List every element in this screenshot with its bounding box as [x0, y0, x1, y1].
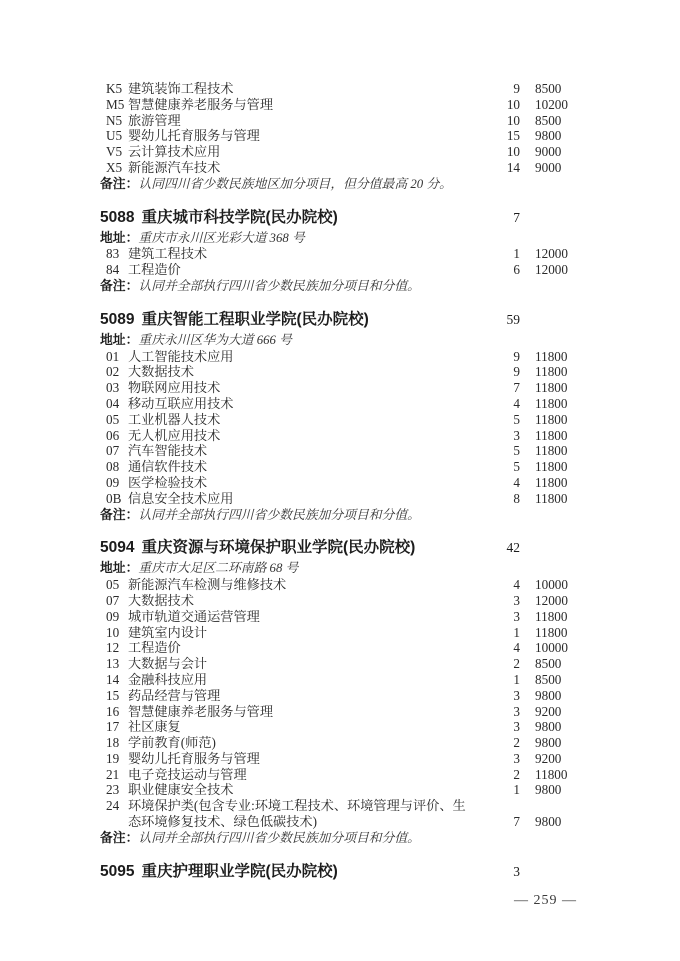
college-code: 5088 — [100, 209, 134, 226]
program-code: 16 — [106, 704, 128, 720]
sections-container: K5建筑装饰工程技术98500M5智慧健康养老服务与管理1010200N5旅游管… — [100, 81, 576, 882]
program-count: 10 — [480, 97, 520, 113]
program-row: K5建筑装饰工程技术98500 — [100, 81, 576, 97]
program-fee: 9800 — [535, 688, 576, 704]
address-text: 重庆市永川区光彩大道 368 号 — [138, 231, 304, 245]
program-row: 04移动互联应用技术411800 — [100, 396, 576, 412]
program-row: 15药品经营与管理39800 — [100, 688, 576, 704]
college-header: 5094重庆资源与环境保护职业学院(民办院校)42 — [100, 538, 576, 558]
program-row: N5旅游管理108500 — [100, 113, 576, 129]
program-row: 03物联网应用技术711800 — [100, 380, 576, 396]
program-row: 18学前教育(师范)29800 — [100, 735, 576, 751]
college-title: 5088重庆城市科技学院(民办院校) — [100, 208, 480, 228]
program-count: 3 — [480, 593, 520, 609]
program-fee: 12000 — [535, 262, 576, 278]
college-header: 5095重庆护理职业学院(民办院校)3 — [100, 862, 576, 882]
program-fee: 12000 — [535, 593, 576, 609]
program-name: 汽车智能技术 — [128, 443, 480, 459]
college-header: 5089重庆智能工程职业学院(民办院校)59 — [100, 310, 576, 330]
program-row: X5新能源汽车技术149000 — [100, 160, 576, 176]
program-name: 环境保护类(包含专业:环境工程技术、环境管理与评价、生态环境修复技术、绿色低碳技… — [128, 798, 480, 830]
program-name: 通信软件技术 — [128, 459, 480, 475]
college-section-5095: 5095重庆护理职业学院(民办院校)3 — [100, 862, 576, 882]
program-code: 19 — [106, 751, 128, 767]
program-name: 旅游管理 — [128, 113, 480, 129]
program-code: 12 — [106, 640, 128, 656]
college-title: 5095重庆护理职业学院(民办院校) — [100, 862, 480, 882]
program-fee: 11800 — [535, 609, 576, 625]
program-name: 学前教育(师范) — [128, 735, 480, 751]
program-row: 06无人机应用技术311800 — [100, 428, 576, 444]
program-name: 智慧健康养老服务与管理 — [128, 704, 480, 720]
program-count: 14 — [480, 160, 520, 176]
program-fee: 11800 — [535, 380, 576, 396]
program-count: 5 — [480, 443, 520, 459]
college-section-5088: 5088重庆城市科技学院(民办院校)7地址：重庆市永川区光彩大道 368 号83… — [100, 208, 576, 295]
program-row: 13大数据与会计28500 — [100, 656, 576, 672]
program-code: 07 — [106, 593, 128, 609]
program-count: 1 — [480, 246, 520, 262]
program-name: 婴幼儿托育服务与管理 — [128, 128, 480, 144]
program-row: 84工程造价612000 — [100, 262, 576, 278]
program-code: 84 — [106, 262, 128, 278]
program-code: 09 — [106, 609, 128, 625]
program-name: 物联网应用技术 — [128, 380, 480, 396]
address-line: 地址：重庆市大足区二环南路 68 号 — [100, 560, 576, 577]
program-fee: 8500 — [535, 113, 576, 129]
program-code: 06 — [106, 428, 128, 444]
program-fee: 9200 — [535, 704, 576, 720]
college-name: 重庆资源与环境保护职业学院(民办院校) — [141, 539, 415, 556]
program-code: 03 — [106, 380, 128, 396]
college-title: 5089重庆智能工程职业学院(民办院校) — [100, 310, 480, 330]
program-count: 5 — [480, 412, 520, 428]
program-code: 21 — [106, 767, 128, 783]
program-code: 17 — [106, 719, 128, 735]
program-name: 新能源汽车检测与维修技术 — [128, 577, 480, 593]
program-code: 02 — [106, 364, 128, 380]
page-number: — 259 — — [514, 893, 577, 909]
program-code: 23 — [106, 782, 128, 798]
program-row: 02大数据技术911800 — [100, 364, 576, 380]
program-fee: 11800 — [535, 443, 576, 459]
program-name: 信息安全技术应用 — [128, 491, 480, 507]
program-fee: 11800 — [535, 625, 576, 641]
program-name: 建筑室内设计 — [128, 625, 480, 641]
program-name: 城市轨道交通运营管理 — [128, 609, 480, 625]
program-row: 17社区康复39800 — [100, 719, 576, 735]
program-row: 19婴幼儿托育服务与管理39200 — [100, 751, 576, 767]
college-section-continued: K5建筑装饰工程技术98500M5智慧健康养老服务与管理1010200N5旅游管… — [100, 81, 576, 193]
program-fee: 10000 — [535, 577, 576, 593]
program-code: 83 — [106, 246, 128, 262]
remark-line: 备注：认同并全部执行四川省少数民族加分项目和分值。 — [100, 278, 576, 295]
program-row: 12工程造价410000 — [100, 640, 576, 656]
program-fee: 9200 — [535, 751, 576, 767]
program-fee: 9800 — [535, 128, 576, 144]
program-count: 4 — [480, 577, 520, 593]
program-row: 21电子竞技运动与管理211800 — [100, 767, 576, 783]
program-name: 工程造价 — [128, 640, 480, 656]
program-name: 药品经营与管理 — [128, 688, 480, 704]
program-code: 07 — [106, 443, 128, 459]
address-label: 地址： — [100, 332, 138, 347]
college-total-count: 7 — [480, 208, 520, 228]
program-code: V5 — [106, 144, 128, 160]
remark-text: 认同并全部执行四川省少数民族加分项目和分值。 — [138, 279, 420, 293]
program-fee: 11800 — [535, 459, 576, 475]
program-count: 3 — [480, 751, 520, 767]
college-code: 5094 — [100, 539, 134, 556]
program-count: 2 — [480, 656, 520, 672]
program-row: 09医学检验技术411800 — [100, 475, 576, 491]
program-name: 人工智能技术应用 — [128, 349, 480, 365]
program-fee: 10000 — [535, 640, 576, 656]
program-fee: 8500 — [535, 656, 576, 672]
program-fee: 8500 — [535, 672, 576, 688]
college-name: 重庆智能工程职业学院(民办院校) — [141, 311, 368, 328]
remark-label: 备注： — [100, 830, 138, 845]
program-count: 10 — [480, 113, 520, 129]
remark-label: 备注： — [100, 278, 138, 293]
program-fee: 9800 — [535, 719, 576, 735]
program-name: 大数据与会计 — [128, 656, 480, 672]
program-row: 83建筑工程技术112000 — [100, 246, 576, 262]
program-row: U5婴幼儿托育服务与管理159800 — [100, 128, 576, 144]
program-row: 14金融科技应用18500 — [100, 672, 576, 688]
program-code: U5 — [106, 128, 128, 144]
program-code: 09 — [106, 475, 128, 491]
program-count: 3 — [480, 704, 520, 720]
program-name: 医学检验技术 — [128, 475, 480, 491]
program-name: 职业健康安全技术 — [128, 782, 480, 798]
program-count: 1 — [480, 672, 520, 688]
program-row: 09城市轨道交通运营管理311800 — [100, 609, 576, 625]
program-name: 云计算技术应用 — [128, 144, 480, 160]
college-code: 5089 — [100, 311, 134, 328]
program-row: M5智慧健康养老服务与管理1010200 — [100, 97, 576, 113]
college-code: 5095 — [100, 863, 134, 880]
program-code: 14 — [106, 672, 128, 688]
document-page: K5建筑装饰工程技术98500M5智慧健康养老服务与管理1010200N5旅游管… — [0, 0, 680, 961]
program-fee: 10200 — [535, 97, 576, 113]
program-fee: 11800 — [535, 396, 576, 412]
program-row: 01人工智能技术应用911800 — [100, 349, 576, 365]
program-count: 9 — [480, 349, 520, 365]
program-fee: 9800 — [535, 735, 576, 751]
college-total-count: 42 — [480, 538, 520, 558]
program-code: N5 — [106, 113, 128, 129]
program-row: 0B信息安全技术应用811800 — [100, 491, 576, 507]
program-name: 工程造价 — [128, 262, 480, 278]
program-row: 07汽车智能技术511800 — [100, 443, 576, 459]
program-fee: 12000 — [535, 246, 576, 262]
college-total-count: 59 — [480, 310, 520, 330]
remark-text: 认同四川省少数民族地区加分项目，但分值最高 20 分。 — [138, 177, 452, 191]
program-name: 婴幼儿托育服务与管理 — [128, 751, 480, 767]
program-fee: 9800 — [535, 814, 576, 830]
program-fee: 8500 — [535, 81, 576, 97]
program-code: 05 — [106, 412, 128, 428]
remark-line: 备注：认同四川省少数民族地区加分项目，但分值最高 20 分。 — [100, 176, 576, 193]
program-count: 3 — [480, 719, 520, 735]
program-fee: 9800 — [535, 782, 576, 798]
program-name: 移动互联应用技术 — [128, 396, 480, 412]
program-row: 05新能源汽车检测与维修技术410000 — [100, 577, 576, 593]
program-count: 5 — [480, 459, 520, 475]
program-code: K5 — [106, 81, 128, 97]
program-count: 2 — [480, 767, 520, 783]
program-name: 智慧健康养老服务与管理 — [128, 97, 480, 113]
college-header: 5088重庆城市科技学院(民办院校)7 — [100, 208, 576, 228]
program-count: 3 — [480, 688, 520, 704]
program-row: V5云计算技术应用109000 — [100, 144, 576, 160]
program-count: 3 — [480, 609, 520, 625]
program-fee: 11800 — [535, 475, 576, 491]
program-row: 16智慧健康养老服务与管理39200 — [100, 704, 576, 720]
program-count: 2 — [480, 735, 520, 751]
address-label: 地址： — [100, 560, 138, 575]
program-row: 05工业机器人技术511800 — [100, 412, 576, 428]
program-name: 金融科技应用 — [128, 672, 480, 688]
program-name: 建筑装饰工程技术 — [128, 81, 480, 97]
program-count: 7 — [480, 814, 520, 830]
program-code: 04 — [106, 396, 128, 412]
program-name: 工业机器人技术 — [128, 412, 480, 428]
address-label: 地址： — [100, 230, 138, 245]
program-code: 15 — [106, 688, 128, 704]
program-row: 10建筑室内设计111800 — [100, 625, 576, 641]
program-code: 0B — [106, 491, 128, 507]
program-row: 23职业健康安全技术19800 — [100, 782, 576, 798]
college-name: 重庆护理职业学院(民办院校) — [141, 863, 337, 880]
program-name: 建筑工程技术 — [128, 246, 480, 262]
program-count: 4 — [480, 396, 520, 412]
college-section-5089: 5089重庆智能工程职业学院(民办院校)59地址：重庆永川区华为大道 666 号… — [100, 310, 576, 524]
program-count: 4 — [480, 475, 520, 491]
program-code: 13 — [106, 656, 128, 672]
program-fee: 11800 — [535, 767, 576, 783]
program-code: 01 — [106, 349, 128, 365]
remark-label: 备注： — [100, 507, 138, 522]
remark-line: 备注：认同并全部执行四川省少数民族加分项目和分值。 — [100, 830, 576, 847]
program-fee: 11800 — [535, 428, 576, 444]
program-name: 新能源汽车技术 — [128, 160, 480, 176]
remark-line: 备注：认同并全部执行四川省少数民族加分项目和分值。 — [100, 507, 576, 524]
program-row: 24环境保护类(包含专业:环境工程技术、环境管理与评价、生态环境修复技术、绿色低… — [100, 798, 576, 830]
program-code: X5 — [106, 160, 128, 176]
college-total-count: 3 — [480, 862, 520, 882]
program-count: 9 — [480, 364, 520, 380]
program-fee: 9000 — [535, 160, 576, 176]
program-code: 18 — [106, 735, 128, 751]
program-count: 15 — [480, 128, 520, 144]
address-line: 地址：重庆市永川区光彩大道 368 号 — [100, 230, 576, 247]
program-count: 9 — [480, 81, 520, 97]
program-fee: 11800 — [535, 349, 576, 365]
program-name: 社区康复 — [128, 719, 480, 735]
admissions-list: K5建筑装饰工程技术98500M5智慧健康养老服务与管理1010200N5旅游管… — [100, 81, 576, 884]
address-line: 地址：重庆永川区华为大道 666 号 — [100, 332, 576, 349]
program-name: 无人机应用技术 — [128, 428, 480, 444]
program-count: 7 — [480, 380, 520, 396]
remark-text: 认同并全部执行四川省少数民族加分项目和分值。 — [138, 831, 420, 845]
program-count: 1 — [480, 625, 520, 641]
program-fee: 11800 — [535, 491, 576, 507]
program-name: 大数据技术 — [128, 593, 480, 609]
program-name: 电子竞技运动与管理 — [128, 767, 480, 783]
address-text: 重庆市大足区二环南路 68 号 — [138, 561, 298, 575]
program-count: 4 — [480, 640, 520, 656]
program-fee: 11800 — [535, 364, 576, 380]
program-name: 大数据技术 — [128, 364, 480, 380]
program-code: 24 — [106, 798, 128, 814]
college-name: 重庆城市科技学院(民办院校) — [141, 209, 337, 226]
program-count: 8 — [480, 491, 520, 507]
program-fee: 11800 — [535, 412, 576, 428]
program-code: 10 — [106, 625, 128, 641]
program-row: 07大数据技术312000 — [100, 593, 576, 609]
college-section-5094: 5094重庆资源与环境保护职业学院(民办院校)42地址：重庆市大足区二环南路 6… — [100, 538, 576, 846]
program-code: 08 — [106, 459, 128, 475]
program-row: 08通信软件技术511800 — [100, 459, 576, 475]
college-title: 5094重庆资源与环境保护职业学院(民办院校) — [100, 538, 480, 558]
program-code: M5 — [106, 97, 128, 113]
program-count: 10 — [480, 144, 520, 160]
remark-text: 认同并全部执行四川省少数民族加分项目和分值。 — [138, 508, 420, 522]
program-code: 05 — [106, 577, 128, 593]
address-text: 重庆永川区华为大道 666 号 — [138, 333, 292, 347]
program-count: 1 — [480, 782, 520, 798]
program-count: 3 — [480, 428, 520, 444]
program-fee: 9000 — [535, 144, 576, 160]
program-count: 6 — [480, 262, 520, 278]
remark-label: 备注： — [100, 176, 138, 191]
